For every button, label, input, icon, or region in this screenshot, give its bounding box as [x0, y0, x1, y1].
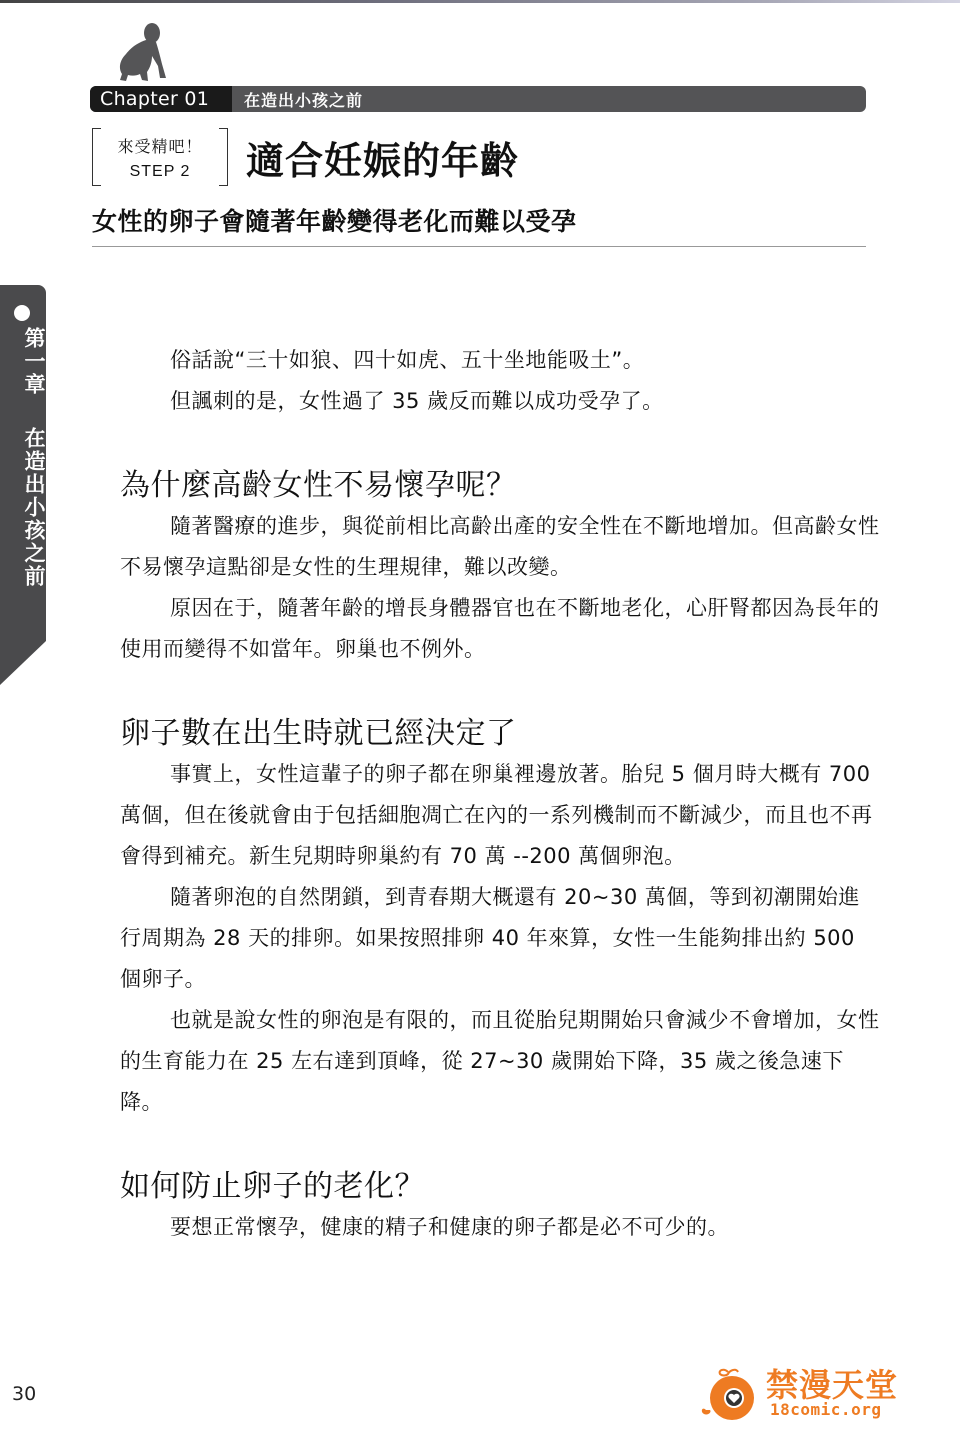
intro-line: 但諷刺的是，女性過了 35 歲反而難以成功受孕了。	[120, 381, 880, 422]
section-heading: 卵子數在出生時就已經決定了	[120, 714, 880, 754]
step-caption: 來受精吧！	[92, 134, 228, 157]
divider	[92, 246, 866, 247]
intro-line: 俗話說“三十如狼、四十如虎、五十坐地能吸土”。	[120, 340, 880, 381]
side-tab-text: 第一章	[0, 327, 46, 396]
section-heading: 如何防止卵子的老化？	[120, 1167, 880, 1207]
section-heading: 為什麼高齡女性不易懷孕呢？	[120, 466, 880, 506]
paragraph: 也就是說女性的卵泡是有限的，而且從胎兒期開始只會減少不會增加，女性的生育能力在 …	[120, 1000, 880, 1123]
paragraph: 事實上，女性這輩子的卵子都在卵巢裡邊放著。胎兒 5 個月時大概有 700 萬個，…	[120, 754, 880, 877]
paragraph: 原因在于，隨著年齡的增長身體器官也在不斷地老化，心肝腎都因為長年的使用而變得不如…	[120, 588, 880, 670]
page-subtitle: 女性的卵子會隨著年齡變得老化而難以受孕	[92, 202, 577, 238]
page-number: 30	[12, 1383, 36, 1405]
crawling-baby-icon	[112, 20, 172, 84]
step-number: STEP 2	[92, 163, 228, 181]
page-top-edge	[0, 0, 960, 3]
mascot-icon	[698, 1366, 762, 1426]
side-tab-text-name: 在造出小孩之前	[0, 427, 46, 588]
chapter-name: 在造出小孩之前	[232, 88, 363, 111]
paragraph: 隨著卵泡的自然閉鎖，到青春期大概還有 20~30 萬個，等到初潮開始進行周期為 …	[120, 877, 880, 1000]
article-body: 俗話說“三十如狼、四十如虎、五十坐地能吸土”。 但諷刺的是，女性過了 35 歲反…	[120, 340, 880, 1248]
watermark-logo: 禁漫天堂 18comic.org	[698, 1358, 928, 1428]
paragraph: 要想正常懷孕，健康的精子和健康的卵子都是必不可少的。	[120, 1207, 880, 1248]
watermark-url: 18comic.org	[770, 1400, 881, 1419]
chapter-label: Chapter 01	[90, 86, 232, 112]
side-tab-chapter-name: 在造出小孩之前	[0, 427, 46, 588]
chapter-bar: Chapter 01 在造出小孩之前	[90, 86, 866, 112]
page-title: 適合妊娠的年齡	[246, 130, 519, 185]
paragraph: 隨著醫療的進步，與從前相比高齡出產的安全性在不斷地增加。但高齡女性不易懷孕這點卻…	[120, 506, 880, 588]
chapter-side-tab: 第一章 在造出小孩之前	[0, 285, 46, 685]
step-bracket: 來受精吧！ STEP 2	[92, 128, 228, 186]
bullet-dot-icon	[14, 305, 30, 321]
side-tab-chapter: 第一章	[0, 327, 46, 396]
